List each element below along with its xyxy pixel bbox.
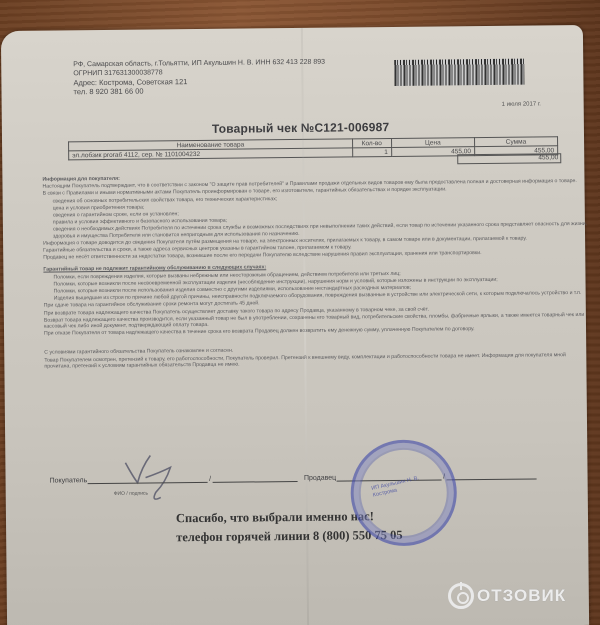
otzovik-watermark: ОТЗОВИК	[448, 583, 566, 609]
seller-label: Продавец	[304, 475, 336, 482]
seller-phone: тел. 8 920 381 66 00	[73, 85, 325, 97]
otzovik-logo-icon	[448, 583, 474, 609]
total-sum: 455,00	[457, 153, 561, 164]
seller-name-line	[447, 478, 537, 480]
receipt-paper: РФ, Самарская область, г.Тольятти, ИП Ак…	[1, 25, 589, 625]
seller-header: РФ, Самарская область, г.Тольятти, ИП Ак…	[73, 58, 325, 97]
fine-print: Информация для покупателя: Настоящим Пок…	[42, 171, 589, 371]
receipt-date: 1 июля 2017 г.	[502, 101, 541, 107]
stamp-text: ИП Акульшин Н. В. Кострома	[371, 472, 437, 500]
seller-stamp: ИП Акульшин Н. В. Кострома	[350, 439, 457, 546]
barcode	[394, 59, 524, 86]
column-header-qty: Кол-во	[352, 138, 391, 147]
receipt-title: Товарный чек №С121-006987	[212, 120, 390, 136]
buyer-name-line	[213, 481, 298, 483]
item-name: эл.лобзик proraб 4112, сер. № 1101004232	[69, 148, 353, 160]
watermark-text: ОТЗОВИК	[477, 586, 566, 606]
buyer-label: Покупатель	[50, 477, 88, 484]
item-qty: 1	[352, 147, 391, 156]
buyer-signature-caption: ФИО / подпись	[114, 491, 148, 497]
